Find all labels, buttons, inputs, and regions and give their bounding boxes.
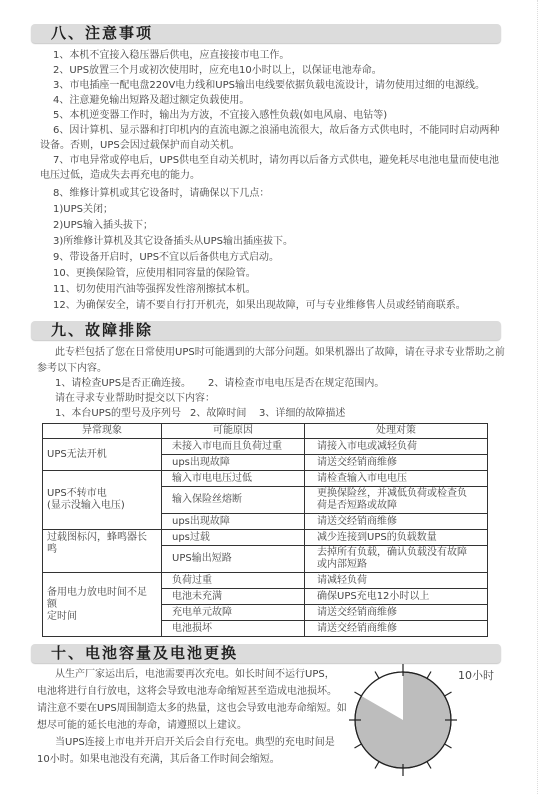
- notice-item-9: 9、带设备开启时，UPS不宜以后备供电方式启动。: [53, 250, 279, 265]
- cause-cell: UPS输出短路: [162, 546, 305, 573]
- notice-item-8-sub-2: 2)UPS输入插头拔下；: [53, 218, 153, 233]
- troubleshooting-table: 异常现象 可能原因 处理对策 UPS无法开机 未接入市电而且负荷过重 请接入市电…: [42, 423, 488, 637]
- action-line-1: 去掉所有负载，确认负载没有故障: [317, 547, 481, 559]
- notice-item-4: 4、注意避免输出短路及超过额定负载使用。: [53, 93, 249, 108]
- action-line-2: 荷是否短路或故障: [317, 500, 481, 512]
- cause-cell: ups出现故障: [162, 514, 305, 530]
- header-action: 处理对策: [305, 424, 488, 439]
- symptom-line-1: 备用电力放电时间不足额: [47, 587, 155, 611]
- header-symptom: 异常现象: [43, 424, 162, 439]
- action-line-2: 或内部短路: [317, 559, 481, 571]
- cause-cell: ups过载: [162, 530, 305, 546]
- section-8-title: 八、注意事项: [51, 24, 153, 43]
- action-cell: 请检查输入市电电压: [305, 471, 488, 487]
- check-connection: 1、请检查UPS是否正确连接。: [55, 376, 191, 391]
- symptom-line-1: UPS不转市电: [47, 488, 155, 500]
- table-row: 过载图标闪，蜂鸣器长鸣 ups过载 减少连接到UPS的负载数量: [43, 530, 488, 546]
- submit-fault-time: 2、故障时间: [190, 406, 246, 421]
- submit-fault-desc: 3、详细的故障描述: [259, 406, 345, 421]
- cause-cell: ups出现故障: [162, 455, 305, 471]
- symptom-cell: 备用电力放电时间不足额 定时间: [43, 573, 162, 637]
- section-9-header: 九、故障排除: [31, 321, 501, 340]
- battery-text-line-5: 当UPS连接上市电并开启开关后会自行充电。典型的充电时间是: [55, 735, 335, 750]
- notice-item-8: 8、维修计算机或其它设备时，请确保以下几点：: [53, 186, 269, 201]
- battery-text-line-2: 电池将进行自行放电，这将会导致电池寿命缩短甚至造成电池损坏。: [37, 684, 337, 699]
- troubleshoot-intro: 此专栏包括了您在日常使用UPS时可能遇到的大部分问题。如果机器出了故障，请在寻求…: [55, 345, 505, 360]
- troubleshoot-intro-cont: 参考以下内容。: [37, 361, 107, 376]
- notice-item-8-sub-1: 1)UPS关闭；: [53, 202, 113, 217]
- action-cell: 请送交经销商维修: [305, 514, 488, 530]
- action-cell: 请送交经销商维修: [305, 621, 488, 637]
- symptom-cell: UPS不转市电 (显示没输入电压): [43, 471, 162, 530]
- action-cell: 确保UPS充电12小时以上: [305, 589, 488, 605]
- notice-item-2: 2、UPS放置三个月或初次使用时，应充电10小时以上，以保证电池寿命。: [53, 63, 382, 78]
- notice-item-5: 5、本机逆变器工作时，输出为方波，不宜接入感性负载(如电风扇、电钻等): [53, 108, 387, 123]
- action-cell: 请接入市电或减轻负荷: [305, 439, 488, 455]
- section-9-title: 九、故障排除: [51, 321, 153, 340]
- notice-item-7-cont: 电压过低，造成失去再充电的能力。: [40, 168, 200, 183]
- section-8-header: 八、注意事项: [31, 24, 501, 43]
- action-cell: 请送交经销商维修: [305, 455, 488, 471]
- table-header-row: 异常现象 可能原因 处理对策: [43, 424, 488, 439]
- cause-cell: 电池未充满: [162, 589, 305, 605]
- section-10-header: 十、电池容量及电池更换: [31, 644, 501, 663]
- notice-item-10: 10、更换保险管，应使用相同容量的保险管。: [53, 266, 256, 281]
- table-row: UPS无法开机 未接入市电而且负荷过重 请接入市电或减轻负荷: [43, 439, 488, 455]
- notice-item-1: 1、本机不宜接入稳压器后供电，应直接接市电工作。: [53, 48, 289, 63]
- notice-item-6-cont: 设备。否则，UPS会因过载保护而自动关机。: [40, 138, 240, 153]
- table-row: 备用电力放电时间不足额 定时间 负荷过重 请减轻负荷: [43, 573, 488, 589]
- battery-text-line-3: 请注意不要在UPS周围制造太多的热量，这也会导致电池寿命缩短。如: [37, 701, 347, 716]
- notice-item-12: 12、为确保安全，请不要自行打开机壳，如果出现故障，可与专业维修售人员或经销商联…: [53, 298, 466, 313]
- notice-item-3: 3、市电插座一配电盘220V电力线和UPS输出电线要依据负载电流设计，请勿使用过…: [53, 78, 485, 93]
- notice-item-7: 7、市电异常或停电后，UPS供电至自动关机时，请勿再以后备方式供电，避免耗尽电池…: [53, 153, 499, 168]
- charge-time-clock-chart: [348, 662, 458, 778]
- symptom-cell: 过载图标闪，蜂鸣器长鸣: [43, 530, 162, 573]
- battery-text-line-4: 想尽可能的延长电池的寿命，请遵照以上建议。: [37, 718, 247, 733]
- submit-model-serial: 1、本台UPS的型号及序列号: [55, 406, 181, 421]
- cause-cell: 充电单元故障: [162, 605, 305, 621]
- check-voltage: 2、请检查市电电压是否在规定范围内。: [208, 376, 384, 391]
- action-line-1: 更换保险丝，并减低负荷或检查负: [317, 488, 481, 500]
- table-row: UPS不转市电 (显示没输入电压) 输入市电电压过低 请检查输入市电电压: [43, 471, 488, 487]
- action-cell: 请送交经销商维修: [305, 605, 488, 621]
- symptom-cell: UPS无法开机: [43, 439, 162, 471]
- notice-item-11: 11、切勿使用汽油等强挥发性溶剂擦拭本机。: [53, 282, 256, 297]
- notice-item-6: 6、因计算机、显示器和打印机内的直流电源之浪涌电流很大，故后备方式供电时，不能同…: [53, 123, 499, 138]
- action-cell: 去掉所有负载，确认负载没有故障 或内部短路: [305, 546, 488, 573]
- cause-cell: 负荷过重: [162, 573, 305, 589]
- symptom-line-2: (显示没输入电压): [47, 500, 155, 512]
- battery-text-line-1: 从生产厂家运出后，电池需要再次充电。如长时间不运行UPS，: [55, 667, 335, 682]
- clock-label: 10小时: [458, 667, 494, 683]
- section-10-title: 十、电池容量及电池更换: [51, 644, 238, 663]
- action-cell: 减少连接到UPS的负载数量: [305, 530, 488, 546]
- header-cause: 可能原因: [162, 424, 305, 439]
- notice-item-8-sub-3: 3)所维修计算机及其它设备插头从UPS输出插座拔下。: [53, 234, 293, 249]
- symptom-line-2: 定时间: [47, 611, 155, 623]
- battery-text-line-6: 10小时。如果电池没有充满，其后备工作时间会缩短。: [37, 752, 280, 767]
- cause-cell: 电池损坏: [162, 621, 305, 637]
- action-cell: 请减轻负荷: [305, 573, 488, 589]
- action-cell: 更换保险丝，并减低负荷或检查负 荷是否短路或故障: [305, 487, 488, 514]
- cause-cell: 输入保险丝熔断: [162, 487, 305, 514]
- cause-cell: 未接入市电而且负荷过重: [162, 439, 305, 455]
- page-edge-dots: [537, 0, 538, 794]
- cause-cell: 输入市电电压过低: [162, 471, 305, 487]
- submit-heading: 请在寻求专业帮助时提交以下内容：: [55, 391, 215, 406]
- clock-face: [355, 672, 451, 768]
